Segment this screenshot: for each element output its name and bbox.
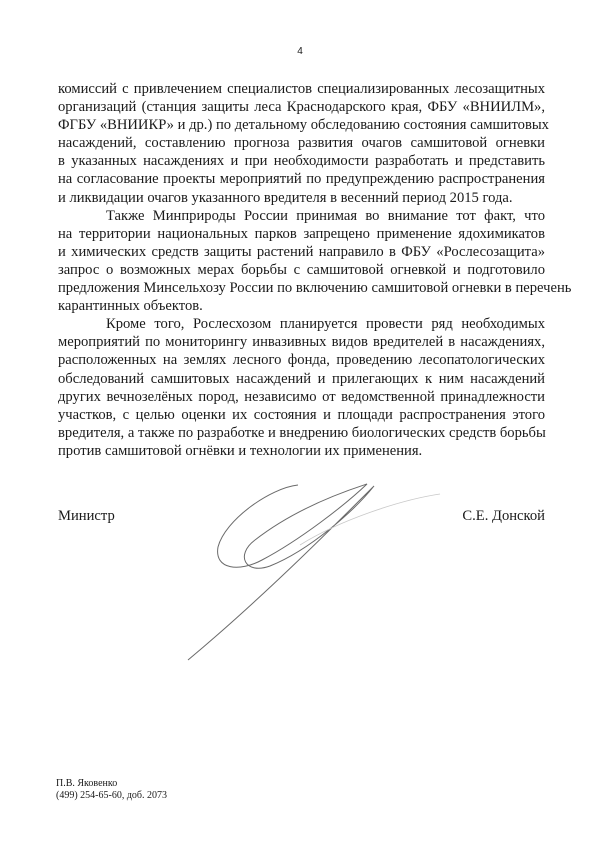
signer-position: Министр xyxy=(58,508,115,525)
signer-name: С.Е. Донской xyxy=(462,508,545,525)
executor-footer: П.В. Яковенко (499) 254-65-60, доб. 2073 xyxy=(56,778,167,802)
executor-phone: (499) 254-65-60, доб. 2073 xyxy=(56,790,167,802)
executor-name: П.В. Яковенко xyxy=(56,778,167,790)
handwritten-signature-icon xyxy=(0,0,600,842)
